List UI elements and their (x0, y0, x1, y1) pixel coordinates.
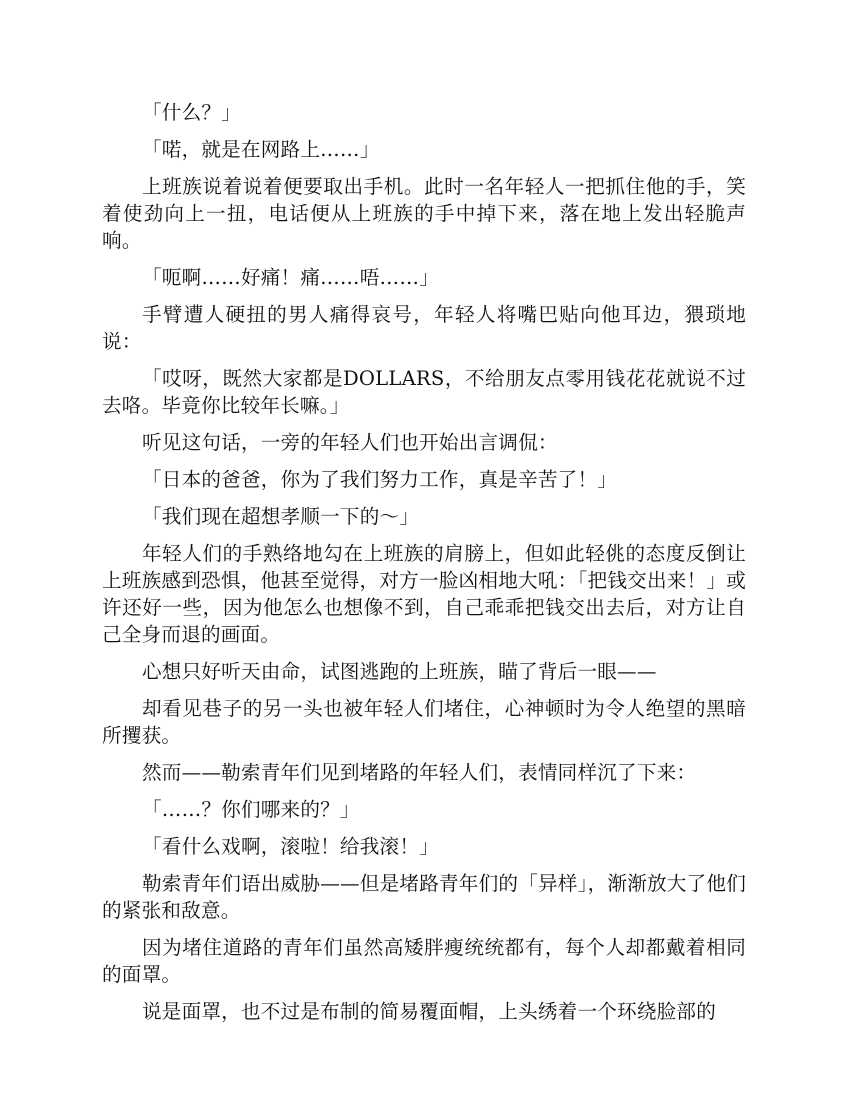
paragraph: 上班族说着说着便要取出手机。此时一名年轻人一把抓住他的手，笑着使劲向上一扭，电话… (102, 173, 746, 254)
paragraph: 「我们现在超想孝顺一下的～」 (102, 503, 746, 530)
paragraph: 却看见巷子的另一头也被年轻人们堵住，心神顿时为令人绝望的黑暗所攫获。 (102, 695, 746, 749)
paragraph: 手臂遭人硬扭的男人痛得哀号，年轻人将嘴巴贴向他耳边，猥琐地说： (102, 301, 746, 355)
paragraph: 「呃啊……好痛！痛……唔……」 (102, 264, 746, 291)
paragraph: 「看什么戏啊，滚啦！给我滚！」 (102, 833, 746, 860)
paragraph: 「……？你们哪来的？」 (102, 796, 746, 823)
paragraph: 「日本的爸爸，你为了我们努力工作，真是辛苦了！」 (102, 466, 746, 493)
paragraph: 说是面罩，也不过是布制的简易覆面帽，上头绣着一个环绕脸部的 (102, 998, 746, 1025)
paragraph: 听见这句话，一旁的年轻人们也开始出言调侃： (102, 429, 746, 456)
paragraph: 然而——勒索青年们见到堵路的年轻人们，表情同样沉了下来： (102, 759, 746, 786)
paragraph: 「喏，就是在网路上……」 (102, 136, 746, 163)
paragraph: 心想只好听天由命，试图逃跑的上班族，瞄了背后一眼—— (102, 658, 746, 685)
document-page: 「什么？」 「喏，就是在网路上……」 上班族说着说着便要取出手机。此时一名年轻人… (102, 99, 746, 1035)
paragraph: 因为堵住道路的青年们虽然高矮胖瘦统统都有，每个人却都戴着相同的面罩。 (102, 934, 746, 988)
paragraph: 勒索青年们语出威胁——但是堵路青年们的「异样」，渐渐放大了他们的紧张和敌意。 (102, 870, 746, 924)
paragraph: 年轻人们的手熟络地勾在上班族的肩膀上，但如此轻佻的态度反倒让上班族感到恐惧，他甚… (102, 540, 746, 648)
paragraph: 「什么？」 (102, 99, 746, 126)
paragraph: 「哎呀，既然大家都是DOLLARS，不给朋友点零用钱花花就说不过去咯。毕竟你比较… (102, 365, 746, 419)
